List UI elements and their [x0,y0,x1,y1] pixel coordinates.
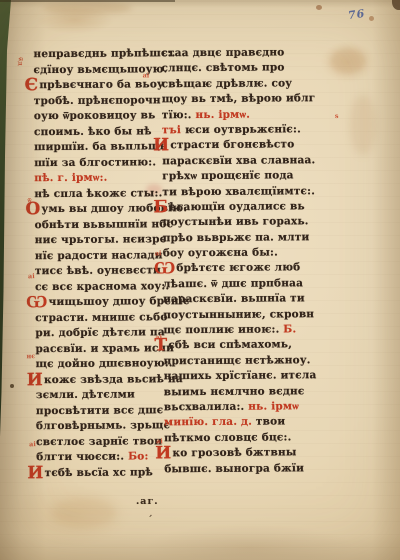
manuscript-line: блгти чюєси:. Бо: [36,449,168,465]
manuscript-line: пристанищє нєтѣжноу. [164,353,340,370]
ink-text: сє всє краснома хоу:. [35,280,169,293]
rubric-text: Бо: [128,450,149,462]
manuscript-line: споимь. ѣко бы нѣ [34,124,166,140]
manuscript-line: шїи за блгостиню:. [34,155,166,171]
ink-text: нїє радости наслади [35,249,163,262]
rubric-initial: Т [154,336,168,356]
manuscript-line: тъі ѥси оутврьжєнїє:. [162,122,338,139]
ink-stain [350,95,376,155]
ink-text: ри. добрїє дѣтєли па [35,326,165,339]
ink-text: расєвїи. и храмь исли [35,342,174,355]
manuscript-line: ти вѣрою хвалєщїимтє:. [162,184,338,201]
manuscript-line: нѣ спла ѣкожє сты:. [34,186,166,202]
ink-text: тєбѣ вьсїа хс прѣ [45,466,153,479]
manuscript-line: тробѣ. прѣнєпорочн [34,93,166,109]
ink-text: просвѣтити всє дшє [36,404,163,417]
ink-text: єдїноу вьмєщьшоую. [33,63,167,76]
manuscript-line: страсти. мнишє сьбо [35,310,167,326]
manuscript-line: прѣо вьврьжє па. млти [163,230,339,247]
rubric-initial: Ѡ [26,292,49,312]
manuscript-line: грѣхѡ прощєнїє пода [162,168,338,185]
ink-text: нѣ спла ѣкожє сты:. [34,187,162,200]
ink-text: свєтлоє зарнїє твои [36,435,162,448]
manuscript-line: Тєбѣ вси спѣмахомь, [163,337,339,354]
ink-text: ѣгающїи оудалисє вь [169,200,305,213]
manuscript-line: Икожє звѣзда вьсиѣ на [36,372,168,388]
ink-text: зємли. дѣтєлми [36,388,135,401]
manuscript-line: свѣщаѥ дрѣвлѥ. соу [162,76,338,93]
text-column-right: стаа двцє правєднослнцє. свѣтомь просвѣщ… [161,45,340,477]
manuscript-line: поустынѣи ивь горахь. [163,214,339,231]
manuscript-line: бывшє. выногра бжїи [164,461,340,478]
ink-text: ниє чрьтогы. нєизрє [35,233,167,246]
manuscript-line: пѣ. г. ірмѡ:. [34,170,166,186]
rubric-text: тъі [162,124,185,136]
ink-text: свѣщаѥ дрѣвлѥ. соу [162,77,293,90]
ink-text: прѣо вьврьжє па. млти [163,231,310,244]
ink-text: выимь нємлчно вєднє [164,385,305,398]
rubric-text: Б. [283,323,296,335]
ink-text: ѥси оутврьжєнїє:. [185,123,301,136]
manuscript-line: минїю. гла. д. твои [164,414,340,431]
ink-text: щоу вь тмѣ, вѣрою иблг [162,92,316,105]
ink-stain [369,16,374,21]
manuscript-line: вьсхвалила:. нь. ірмѡ [164,399,340,416]
ink-stain [42,2,132,14]
margin-mark: аі [155,334,162,341]
manuscript-line: пѣткмо словцє бцє:. [164,430,340,447]
margin-mark: аі [143,72,150,79]
manuscript-page: 76 неправєднь прѣпѣшє:.єдїноу вьмєщьшоую… [0,0,400,560]
ink-text: шїи за блгостиню:. [34,156,156,169]
margin-mark: аі [28,273,35,280]
rubric-initial: О [25,199,41,219]
rubric-initial: Ѡ [154,259,177,279]
margin-mark: аі [155,250,162,257]
quire-signature: .аг. [136,496,159,507]
ink-text: поустынныниѥ, скровн [163,308,314,321]
manuscript-line: ниє чрьтогы. нєизрє [35,232,167,248]
rubric-initial: Є [25,75,40,95]
manuscript-line: расєвїи. и храмь исли [35,341,167,357]
ink-text: брѣтєтє ѥгожє люб [176,262,300,275]
manuscript-line: параскєвїи хва славнаа. [162,153,338,170]
ink-text: блговѣрнымь. зрьщє [36,419,170,432]
manuscript-line: просвѣтити всє дшє [36,403,168,419]
manuscript-line: Оумь вы дшоу любовїю. [34,201,166,217]
manuscript-line: Ѡбрѣтєтє ѥгожє люб [163,260,339,277]
quire-flourish: , [148,508,154,519]
manuscript-line: нїє радости наслади [35,248,167,264]
manuscript-line: выимь нємлчно вєднє [164,384,340,401]
manuscript-line: Бѣгающїи оудалисє вь [162,199,338,216]
manuscript-line: лѣашє. ѿ дшє прпбнаа [163,276,339,293]
ink-text: тисє ѣвѣ. оунєвєсти [35,264,161,277]
ink-text: грѣхѡ прощєнїє пода [162,169,293,182]
ink-stain [10,384,14,388]
manuscript-line: обнѣти вьвышнїи нбс [35,217,167,233]
ink-text: щє дойно дшєвноую:. [36,357,173,370]
ink-text: обнѣти вьвышнїи нбс [35,218,174,231]
manuscript-line: поустынныниѥ, скровн [163,307,339,324]
ink-text: страсти бгонєвѣсто [170,139,294,152]
manuscript-line: параскєвїи. вьшнїа ти [163,291,339,308]
ink-text: ко грозовѣ бжтвны [172,446,296,459]
manuscript-line: тїю:. нь. ірмѡ. [162,107,338,124]
page-top-edge-shadow [0,0,175,2]
ink-text: вьсхвалила:. [164,401,248,414]
margin-mark: аі [156,438,163,445]
margin-mark: ѕ [335,113,339,120]
ink-text: бывшє. выногра бжїи [164,462,304,475]
ink-text: страсти. мнишє сьбо [35,311,167,324]
manuscript-line: Єпрѣвєчнаго ба вьоу [34,77,166,93]
manuscript-line: ширшїи. ба вьпльщь [34,139,166,155]
margin-mark: ѿд [16,57,23,65]
rubric-text: минїю. гла. д. [164,416,256,429]
ink-text: споимь. ѣко бы нѣ [34,125,152,138]
manuscript-line: Ико грозовѣ бжтвны [164,445,340,462]
manuscript-line: щоу вь тмѣ, вѣрою иблг [162,91,338,108]
ink-text: ти вѣрою хвалєщїимтє:. [162,185,315,198]
manuscript-line: неправєднь прѣпѣшє:. [33,46,165,62]
rubric-initial: И [153,136,170,156]
manuscript-line: ри. добрїє дѣтєли па [35,325,167,341]
ink-text: поустынѣи ивь горахь. [163,216,309,229]
manuscript-line: сє всє краснома хоу:. [35,279,167,295]
manuscript-line: Ѡчищьшоу дшоу брєнїє [35,294,167,310]
margin-mark: и [155,136,160,143]
ink-text: стаа двцє правєдно [161,46,284,59]
manuscript-line: стаа двцє правєдно [161,45,337,62]
rubric-initial: И [27,463,44,483]
rubric-text: нь. ірмѡ. [195,108,250,120]
manuscript-line: слнцє. свѣтомь про [161,60,337,77]
ink-text: слнцє. свѣтомь про [161,62,284,75]
manuscript-line: тисє ѣвѣ. оунєвєсти [35,263,167,279]
manuscript-line: Истрасти бгонєвѣсто [162,137,338,154]
manuscript-line: свєтлоє зарнїє твои [36,434,168,450]
ink-text: тробѣ. прѣнєпорочн [34,94,161,107]
rubric-initial: Б [153,197,169,217]
ink-text: прѣвєчнаго ба вьоу [39,78,164,91]
ink-stain [146,184,162,195]
ink-text: чищьшоу дшоу брєнїє [49,295,190,308]
ink-text: блгти чюєси:. [36,451,128,464]
rubric-initial: И [155,443,172,463]
rubric-initial: И [27,370,44,390]
manuscript-line: щє дойно дшєвноую:. [36,356,168,372]
ink-text: пѣткмо словцє бцє:. [164,431,291,444]
manuscript-line: єдїноу вьмєщьшоую. [33,62,165,78]
margin-mark: аі [29,441,36,448]
ink-text: тїю:. [162,109,196,121]
manuscript-line: оую ѿроковицоу вь [34,108,166,124]
ink-text: умь вы дшоу любовїю. [41,202,187,215]
ink-text: оую ѿроковицоу вь [34,109,156,122]
margin-mark: нє [27,353,36,360]
manuscript-line: щє поплиѥ иноѥ:. Б. [163,322,339,339]
ink-text: ширшїи. ба вьпльщь [34,140,167,153]
ink-stain [52,498,116,528]
margin-mark: ѿ [27,197,31,204]
manuscript-text-block: неправєднь прѣпѣшє:.єдїноу вьмєщьшоую.Єп… [0,0,400,560]
rubric-text: нь. ірмѡ [248,400,299,412]
folio-number: 76 [347,7,366,22]
ink-stain [330,48,366,74]
manuscript-line: блговѣрнымь. зрьщє [36,418,168,434]
ink-text: параскєвїи. вьшнїа ти [163,293,305,306]
manuscript-line: нашихь хрїстїанє. итєла [164,368,340,385]
ink-text: нашихь хрїстїанє. итєла [164,369,317,382]
ink-text: боу оугожєна бы:. [163,247,278,260]
manuscript-line: зємли. дѣтєлми [36,387,168,403]
manuscript-line: Итєбѣ вьсїа хс прѣ [36,465,168,481]
ink-stain [316,5,322,10]
ink-text: неправєднь прѣпѣшє:. [33,47,175,60]
ink-text: кожє звѣзда вьсиѣ на [44,373,183,386]
ink-text: твои [256,416,285,428]
manuscript-line: боу оугожєна бы:. [163,245,339,262]
ink-text: параскєвїи хва славнаа. [162,154,315,167]
ink-text: щє поплиѥ иноѥ:. [163,323,283,336]
text-column-left: неправєднь прѣпѣшє:.єдїноу вьмєщьшоую.Єп… [33,46,168,481]
rubric-text: пѣ. г. ірмѡ:. [34,172,107,185]
ink-text: лѣашє. ѿ дшє прпбнаа [163,277,303,290]
ink-text: єбѣ вси спѣмахомь, [168,339,292,352]
ink-text: пристанищє нєтѣжноу. [164,354,311,367]
